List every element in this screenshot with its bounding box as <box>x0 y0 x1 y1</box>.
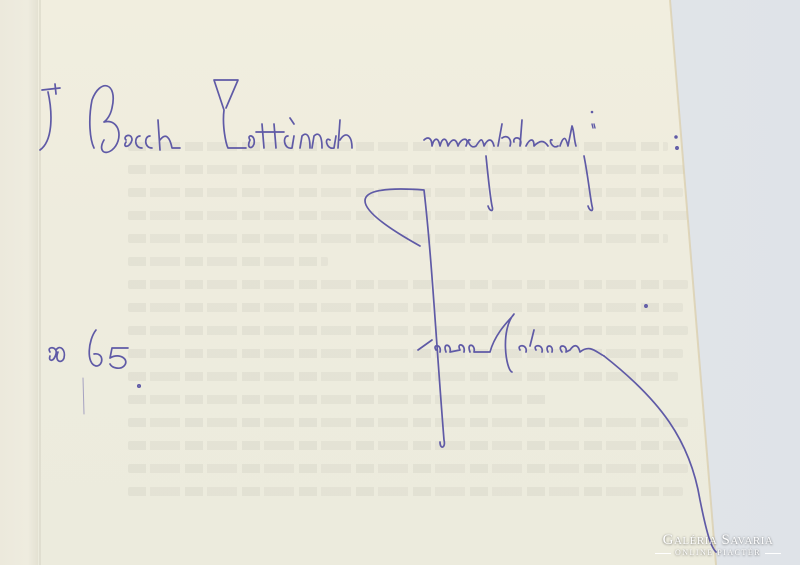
letter-b <box>90 86 119 153</box>
watermark-title: Galéria Savaria <box>648 532 788 548</box>
watermark-rule-right <box>765 553 781 554</box>
signature-istvan <box>418 314 604 372</box>
signature-tail <box>604 356 716 552</box>
watermark-subtitle-row: ONLINE PIACTÉR <box>648 548 788 558</box>
letter-z <box>214 80 246 148</box>
umlaut-dot <box>592 124 595 128</box>
signature-j-loop <box>365 189 444 447</box>
colon-dot-bottom <box>676 147 678 149</box>
descender-g <box>486 156 493 211</box>
stray-mark <box>83 378 84 414</box>
year-period <box>138 385 140 387</box>
word-nak <box>300 120 352 148</box>
year-6 <box>89 330 102 366</box>
descender-g2 <box>584 156 593 211</box>
word-zoltan-rest <box>249 118 294 148</box>
watermark-subtitle: ONLINE PIACTÉR <box>675 548 761 558</box>
word-megbecsulessel <box>424 120 576 147</box>
watermark-rule-left <box>655 553 671 554</box>
watermark: Galéria Savaria ONLINE PIACTÉR <box>648 532 788 558</box>
handwritten-inscription <box>0 0 800 565</box>
initial-mark <box>40 84 60 150</box>
word-beck-rest <box>125 120 180 150</box>
signature-accent <box>645 305 647 307</box>
year-19 <box>49 348 64 362</box>
colon-dot-top <box>675 136 677 138</box>
year-5 <box>110 348 128 368</box>
